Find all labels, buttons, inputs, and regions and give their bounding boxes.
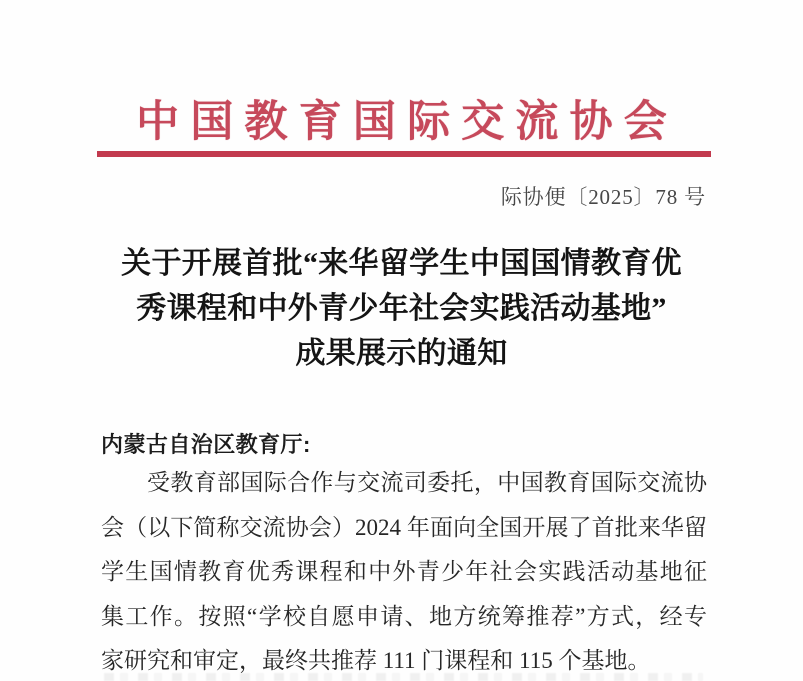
body-paragraph: 受教育部国际合作与交流司委托，中国教育国际交流协 会（以下简称交流协会）2024… — [101, 461, 707, 681]
letterhead-org-name: 中国教育国际交流协会 — [0, 88, 803, 149]
document-title: 关于开展首批“来华留学生中国国情教育优 秀课程和中外青少年社会实践活动基地” 成… — [0, 241, 803, 376]
body-line: 集工作。按照“学校自愿申请、地方统筹推荐”方式，经专 — [101, 595, 707, 640]
document-page: 中国教育国际交流协会 际协便〔2025〕78 号 关于开展首批“来华留学生中国国… — [0, 0, 803, 681]
addressee: 内蒙古自治区教育厅: — [101, 428, 311, 459]
document-title-line-1: 关于开展首批“来华留学生中国国情教育优 — [0, 241, 803, 286]
document-title-line-3: 成果展示的通知 — [0, 331, 803, 376]
body-line: 受教育部国际合作与交流司委托，中国教育国际交流协 — [101, 461, 707, 506]
body-line: 学生国情教育优秀课程和中外青少年社会实践活动基地征 — [101, 550, 707, 595]
document-number: 际协便〔2025〕78 号 — [501, 181, 706, 211]
clipped-next-line-sliver — [104, 673, 703, 681]
body-line: 会（以下简称交流协会）2024 年面向全国开展了首批来华留 — [101, 506, 707, 551]
letterhead-double-rule — [97, 151, 711, 157]
document-title-line-2: 秀课程和中外青少年社会实践活动基地” — [0, 286, 803, 331]
